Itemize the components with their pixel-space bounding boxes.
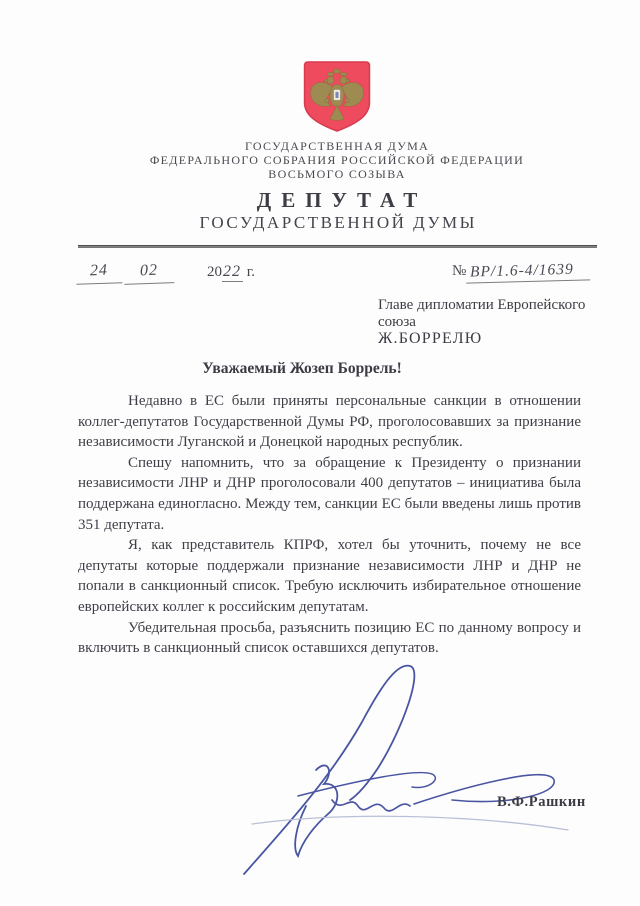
date-year-suffix-handwritten: 22 xyxy=(222,263,243,282)
header-divider-rule xyxy=(78,245,597,248)
letterhead-subtitle: ГОСУДАРСТВЕННОЙ ДУМЫ xyxy=(34,213,640,233)
date-year-group: 2022 г. xyxy=(207,263,255,281)
body-paragraph: Недавно в ЕС были приняты персональные с… xyxy=(78,391,581,453)
body-paragraph: Я, как представитель КПРФ, хотел бы уточ… xyxy=(78,535,581,617)
letter-body: Недавно в ЕС были приняты персональные с… xyxy=(78,391,581,659)
recipient-block: Главе дипломатии Европейского союза Ж.БО… xyxy=(378,297,585,348)
body-paragraph: Спешу напомнить, что за обращение к През… xyxy=(78,453,581,535)
letterhead-org-block: ГОСУДАРСТВЕННАЯ ДУМА ФЕДЕРАЛЬНОГО СОБРАН… xyxy=(34,139,640,181)
date-year-unit: г. xyxy=(247,264,255,280)
recipient-addressee: Ж.БОРРЕЛЮ xyxy=(378,331,585,348)
org-name-line1: ГОСУДАРСТВЕННАЯ ДУМА xyxy=(34,139,640,153)
org-name-line3: ВОСЬМОГО СОЗЫВА xyxy=(34,167,640,181)
number-sign-label: № xyxy=(452,263,466,279)
outgoing-number-handwritten: ВР/1.6-4/1639 xyxy=(466,260,590,283)
letterhead-title: ДЕПУТАТ xyxy=(34,188,640,213)
signer-name: В.Ф.Рашкин xyxy=(497,794,586,811)
org-name-line2: ФЕДЕРАЛЬНОГО СОБРАНИЯ РОССИЙСКОЙ ФЕДЕРАЦ… xyxy=(34,153,640,167)
date-day-handwritten: 24 xyxy=(76,261,123,285)
outgoing-number-group: №ВР/1.6-4/1639 xyxy=(452,262,590,282)
salutation: Уважаемый Жозеп Боррель! xyxy=(78,360,526,378)
handwritten-signature xyxy=(235,648,580,876)
recipient-line1: Главе дипломатии Европейского xyxy=(378,297,585,314)
russia-coat-of-arms-icon xyxy=(303,61,371,132)
date-year-prefix: 20 xyxy=(207,264,222,280)
date-month-handwritten: 02 xyxy=(124,261,175,285)
scanned-letter-page: ГОСУДАРСТВЕННАЯ ДУМА ФЕДЕРАЛЬНОГО СОБРАН… xyxy=(0,0,640,906)
recipient-line2: союза xyxy=(378,314,585,331)
